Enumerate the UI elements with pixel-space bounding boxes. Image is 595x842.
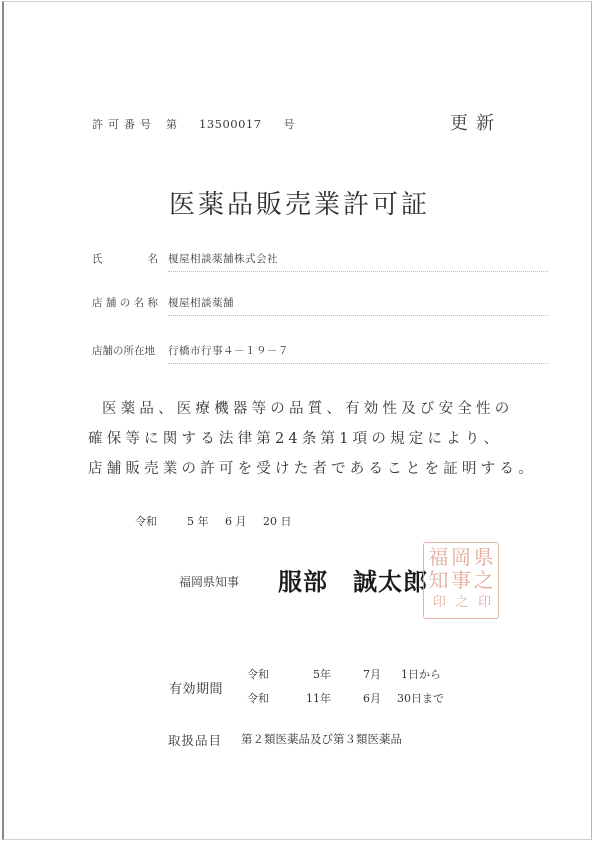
field-name-value: 榎屋相談薬舗株式会社 (168, 251, 278, 266)
issue-date-day: 20 日 (263, 513, 292, 529)
field-store-name: 店 舗 の 名 称 榎屋相談薬舗 (92, 295, 548, 317)
certificate-page: 許可番号 第 13500017 号 更新 医薬品販売業許可証 氏 名 榎屋相談薬… (2, 1, 592, 840)
issue-date-year: 5 年 (187, 513, 225, 529)
permit-number-prefix: 第 (166, 116, 177, 132)
permit-number-line: 許可番号 第 13500017 号 (92, 116, 295, 132)
permit-number: 13500017 (199, 117, 262, 131)
field-name: 氏 名 榎屋相談薬舗株式会社 (92, 251, 548, 273)
field-store-name-label: 店 舗 の 名 称 (92, 295, 158, 310)
dotted-underline (168, 315, 548, 316)
issuer-name: 服部 誠太郎 (278, 562, 428, 597)
issue-date-era: 令和 (135, 513, 187, 529)
issuer-title: 福岡県知事 (179, 573, 239, 590)
renewal-label: 更新 (450, 109, 502, 135)
official-seal-stamp: 福 岡 県 知 事 之 印 之 印 (423, 542, 499, 619)
document-title: 医薬品販売業許可証 (169, 184, 430, 221)
handled-items-value: 第２類医薬品及び第３類医薬品 (241, 731, 402, 747)
field-store-address-label: 店舗の所在地 (92, 343, 158, 358)
field-store-address-value: 行橋市行事４－１９－７ (168, 343, 289, 358)
dotted-underline (168, 363, 548, 364)
issue-date-month: 6 月 (225, 513, 263, 529)
certification-line-3: 店舗販売業の許可を受けた者であることを証明する。 (88, 454, 537, 484)
field-store-address: 店舗の所在地 行橋市行事４－１９－７ (92, 343, 548, 365)
certification-line-1: 医薬品、医療機器等の品質、有効性及び安全性の (88, 394, 537, 424)
field-store-name-value: 榎屋相談薬舗 (168, 295, 234, 310)
validity-label: 有効期間 (169, 678, 223, 697)
handled-items-label: 取扱品目 (168, 731, 222, 749)
permit-number-label: 許可番号 (92, 116, 156, 132)
field-name-label: 氏 名 (92, 251, 158, 266)
certification-text: 医薬品、医療機器等の品質、有効性及び安全性の 確保等に関する法律第24条第1項の… (88, 394, 537, 484)
dotted-underline (168, 271, 548, 272)
seal-characters: 福 岡 県 知 事 之 印 之 印 (427, 546, 495, 615)
permit-number-suffix: 号 (284, 116, 295, 132)
certification-line-2: 確保等に関する法律第24条第1項の規定により、 (88, 424, 537, 454)
issue-date: 令和 5 年 6 月 20 日 (135, 513, 292, 529)
